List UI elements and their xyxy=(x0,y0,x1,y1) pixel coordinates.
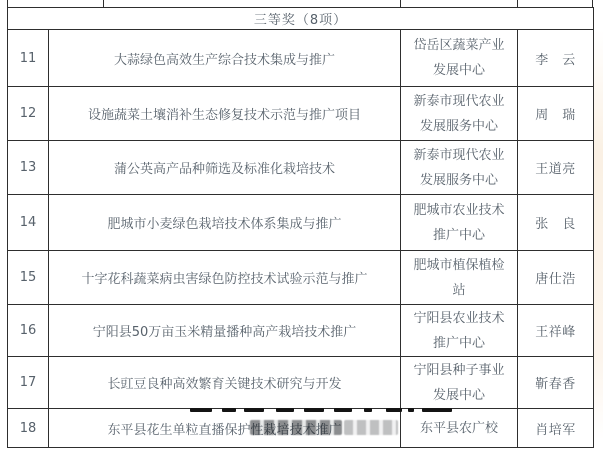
project-title: 长豇豆良种高效繁育关键技术研究与开发 xyxy=(49,357,401,409)
row-number: 13 xyxy=(8,141,49,195)
section-header-row: 三等奖（8项） xyxy=(8,8,594,30)
column-stub xyxy=(517,0,518,7)
document-page: 三等奖（8项） 11 大蒜绿色高效生产综合技术集成与推广 岱岳区蔬菜产业 发展中… xyxy=(0,0,603,462)
project-title: 东平县花生单粒直播保护性栽培技术推广 xyxy=(49,409,401,448)
row-number: 17 xyxy=(8,357,49,409)
project-title: 十字花科蔬菜病虫害绿色防控技术试验示范与推广 xyxy=(49,251,401,305)
person-name: 唐仕浩 xyxy=(518,251,594,305)
table-row: 12 设施蔬菜土壤消补生态修复技术示范与推广项目 新泰市现代农业 发展服务中心 … xyxy=(8,87,594,141)
project-title: 宁阳县50万亩玉米精量播种高产栽培技术推广 xyxy=(49,305,401,357)
person-name: 李 云 xyxy=(518,30,594,87)
section-title: 三等奖（8项） xyxy=(8,8,594,30)
column-stub xyxy=(592,0,593,7)
table-row: 15 十字花科蔬菜病虫害绿色防控技术试验示范与推广 肥城市植保植检 站 唐仕浩 xyxy=(8,251,594,305)
row-number: 14 xyxy=(8,195,49,251)
table-row: 16 宁阳县50万亩玉米精量播种高产栽培技术推广 宁阳县农业技术 推广中心 王祥… xyxy=(8,305,594,357)
project-title: 肥城市小麦绿色栽培技术体系集成与推广 xyxy=(49,195,401,251)
organization: 岱岳区蔬菜产业 发展中心 xyxy=(401,30,518,87)
table-row: 11 大蒜绿色高效生产综合技术集成与推广 岱岳区蔬菜产业 发展中心 李 云 xyxy=(8,30,594,87)
table-row: 13 蒲公英高产品种筛选及标准化栽培技术 新泰市现代农业 发展服务中心 王道亮 xyxy=(8,141,594,195)
person-name: 靳春香 xyxy=(518,357,594,409)
awards-table: 三等奖（8项） 11 大蒜绿色高效生产综合技术集成与推广 岱岳区蔬菜产业 发展中… xyxy=(7,7,594,448)
row-number: 16 xyxy=(8,305,49,357)
organization: 东平县农广校 xyxy=(401,409,518,448)
project-title: 蒲公英高产品种筛选及标准化栽培技术 xyxy=(49,141,401,195)
organization: 宁阳县农业技术 推广中心 xyxy=(401,305,518,357)
scan-edge-tint xyxy=(594,30,603,440)
person-name: 肖培军 xyxy=(518,409,594,448)
column-stub xyxy=(400,0,401,7)
person-name: 张 良 xyxy=(518,195,594,251)
project-title: 设施蔬菜土壤消补生态修复技术示范与推广项目 xyxy=(49,87,401,141)
row-number: 18 xyxy=(8,409,49,448)
column-stub xyxy=(103,0,104,7)
organization: 肥城市农业技术 推广中心 xyxy=(401,195,518,251)
person-name: 王祥峰 xyxy=(518,305,594,357)
organization: 新泰市现代农业 发展服务中心 xyxy=(401,141,518,195)
row-number: 15 xyxy=(8,251,49,305)
column-stub xyxy=(7,0,8,7)
organization: 宁阳县种子事业 发展中心 xyxy=(401,357,518,409)
organization: 肥城市植保植检 站 xyxy=(401,251,518,305)
person-name: 周 瑞 xyxy=(518,87,594,141)
organization: 新泰市现代农业 发展服务中心 xyxy=(401,87,518,141)
table-row: 18 东平县花生单粒直播保护性栽培技术推广 东平县农广校 肖培军 xyxy=(8,409,594,448)
table-row: 14 肥城市小麦绿色栽培技术体系集成与推广 肥城市农业技术 推广中心 张 良 xyxy=(8,195,594,251)
row-number: 11 xyxy=(8,30,49,87)
table-row: 17 长豇豆良种高效繁育关键技术研究与开发 宁阳县种子事业 发展中心 靳春香 xyxy=(8,357,594,409)
row-number: 12 xyxy=(8,87,49,141)
person-name: 王道亮 xyxy=(518,141,594,195)
project-title: 大蒜绿色高效生产综合技术集成与推广 xyxy=(49,30,401,87)
watermark-dashes-artifact xyxy=(190,408,452,413)
